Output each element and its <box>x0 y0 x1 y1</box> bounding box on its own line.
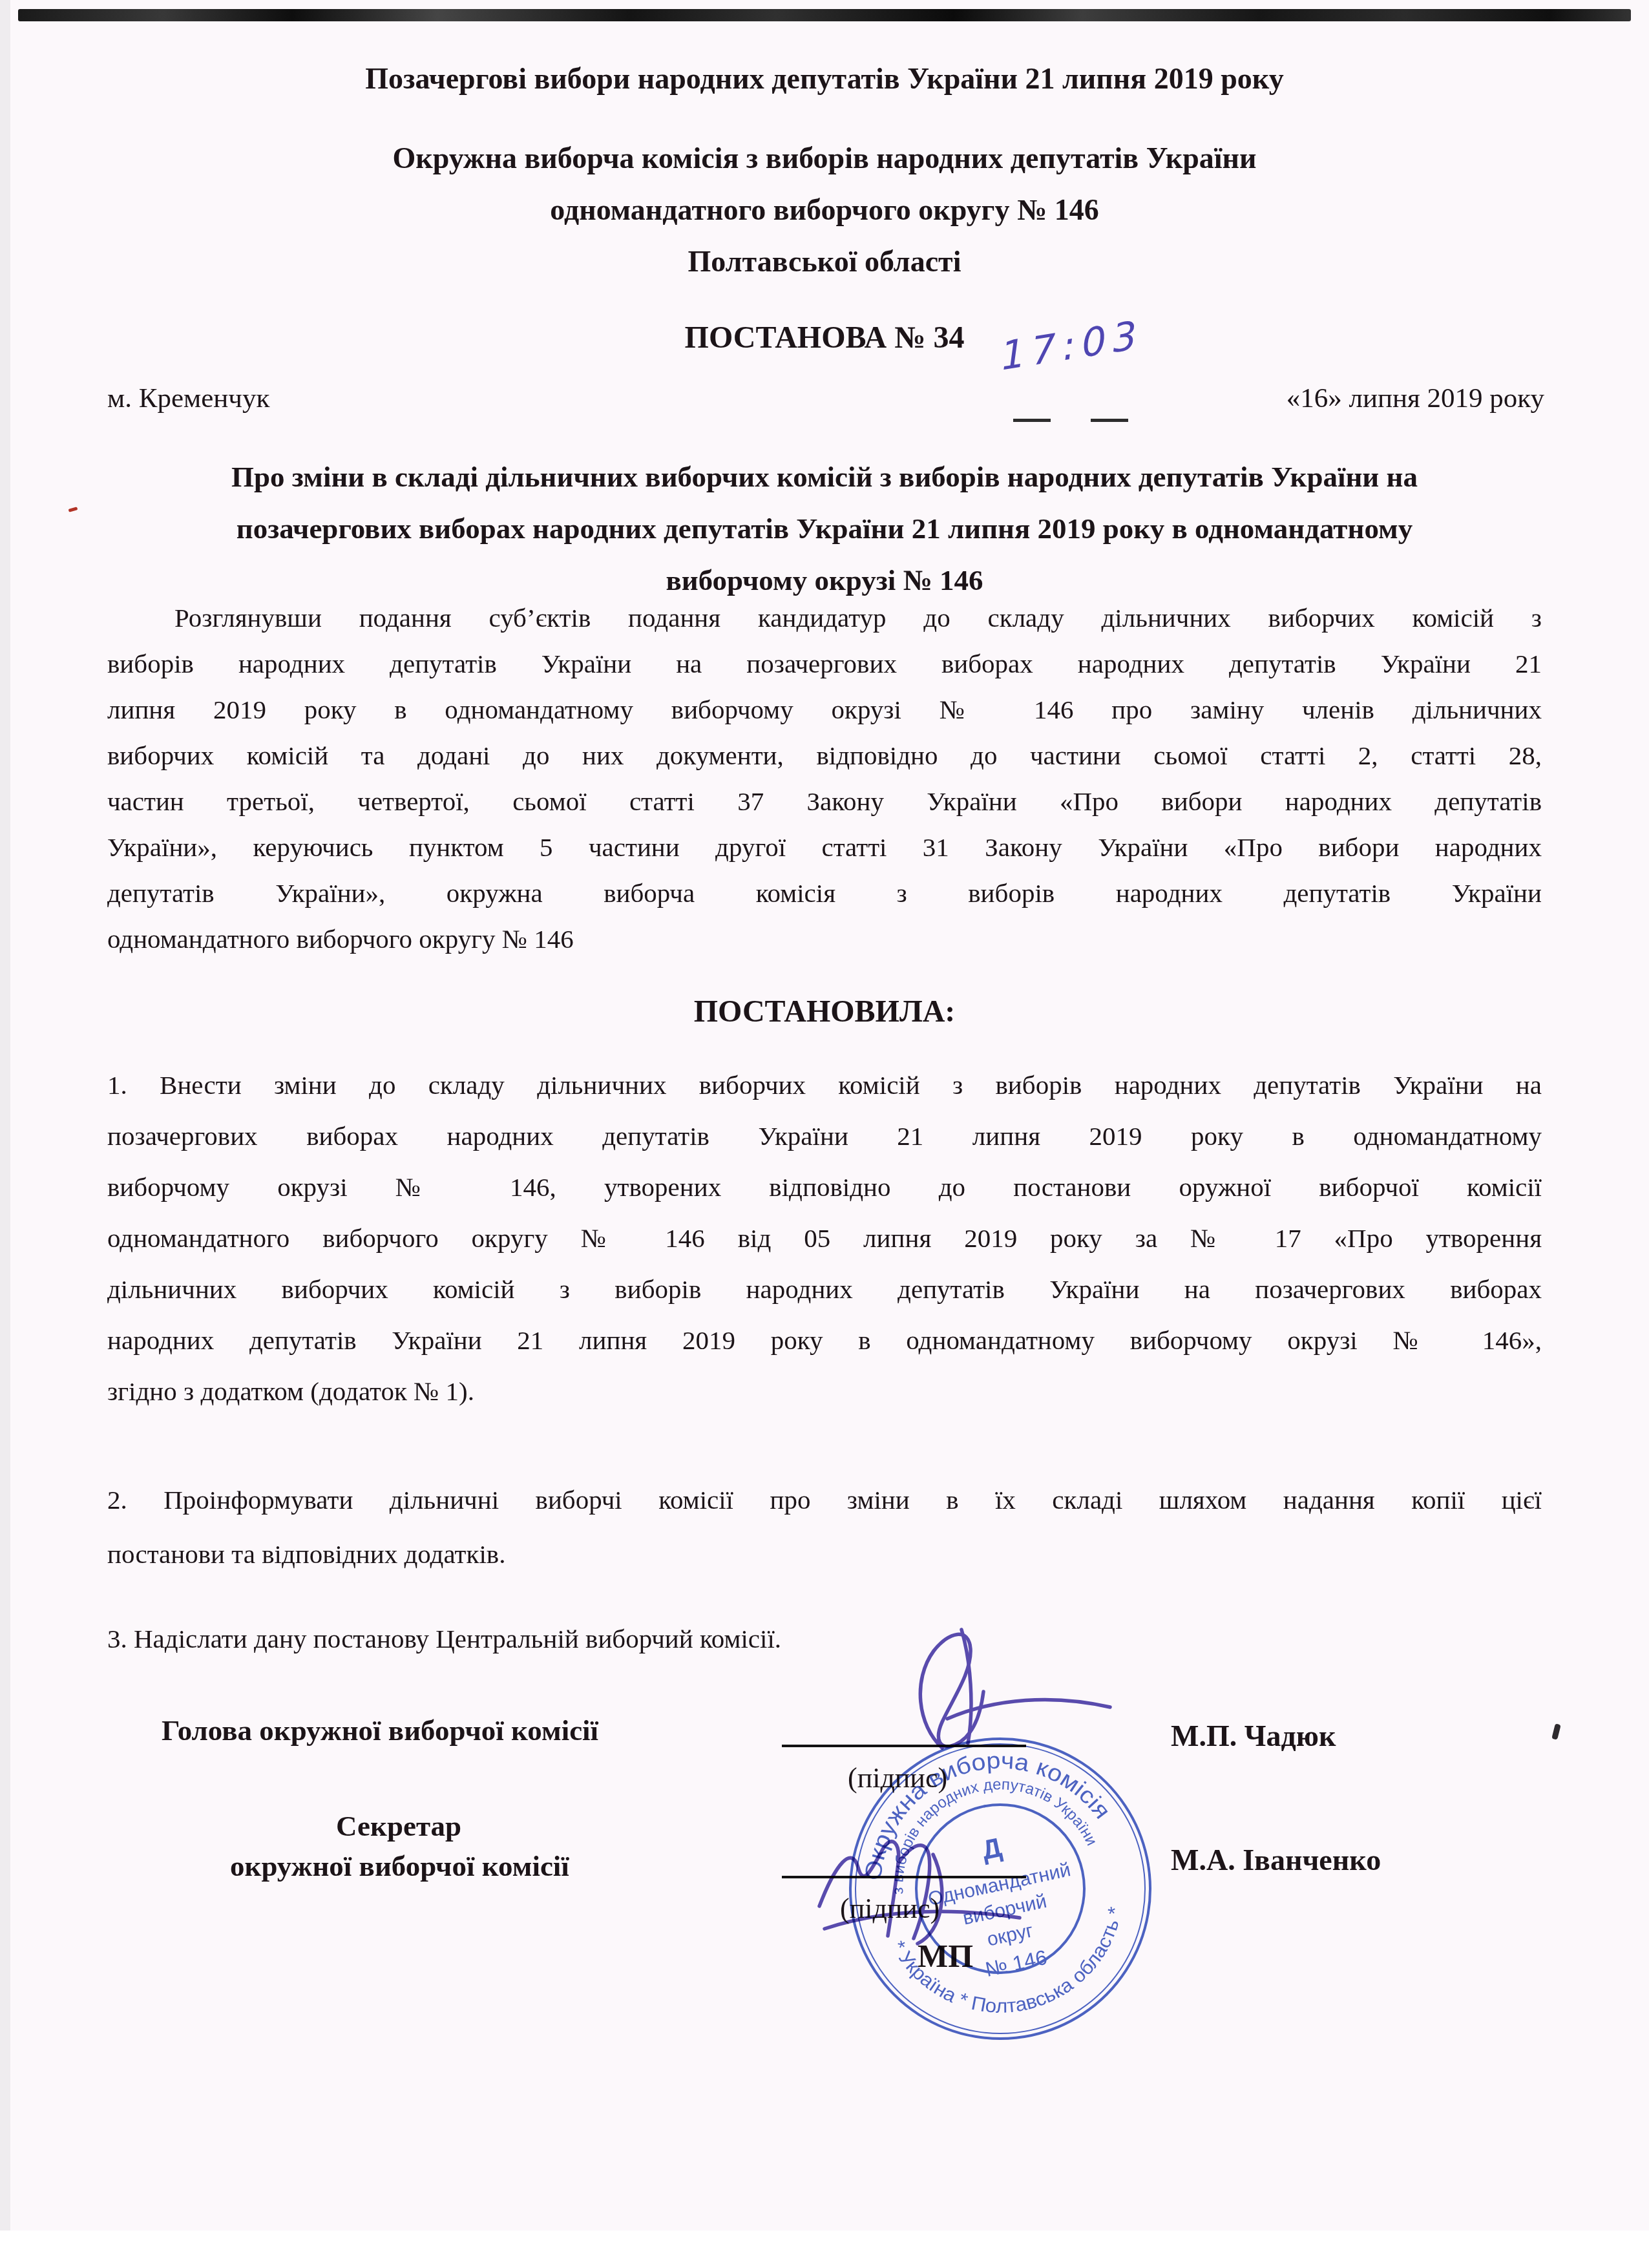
scan-bottom-strip <box>0 2231 1649 2268</box>
preamble-line-2: виборів народних депутатів України на по… <box>107 648 1542 679</box>
secretary-role-line2: окружної виборчої комісії <box>230 1849 569 1883</box>
preamble-line-1: Розглянувши подання суб’єктів подання ка… <box>107 602 1542 633</box>
item2-line-2: постанови та відповідних додатків. <box>107 1538 1542 1570</box>
preamble-line-4: виборчих комісій та додані до них докуме… <box>107 740 1542 771</box>
chair-role-label: Голова окружної виборчої комісії <box>162 1714 598 1747</box>
dateline-city: м. Кременчук <box>107 383 269 414</box>
item1-line-2: позачергових виборах народних депутатів … <box>107 1120 1542 1151</box>
item1-line-1: 1. Внести зміни до складу дільничних виб… <box>107 1069 1542 1100</box>
stamp-center-letter: Д <box>979 1832 1004 1865</box>
item1-line-3: виборчому окрузі № 146, утворених відпов… <box>107 1171 1542 1202</box>
header-commission-line2: одномандатного виборчого округу № 146 <box>107 193 1542 227</box>
preamble-line-3: липня 2019 року в одномандатному виборчо… <box>107 694 1542 725</box>
subject-line-3: виборчому окрузі № 146 <box>83 563 1566 597</box>
preamble-line-7: депутатів України», окружна виборча комі… <box>107 877 1542 908</box>
stamp-center-line3: округ <box>985 1920 1035 1950</box>
item1-line-5: дільничних виборчих комісій з виборів на… <box>107 1274 1542 1305</box>
time-underscore-left <box>1013 419 1051 422</box>
item3-line: 3. Надіслати дану постанову Центральній … <box>107 1623 1542 1654</box>
secretary-role-line1: Секретар <box>336 1809 461 1843</box>
item2-line-1: 2. Проінформувати дільничні виборчі комі… <box>107 1484 1542 1515</box>
subject-line-2: позачергових виборах народних депутатів … <box>83 512 1566 545</box>
scan-left-edge <box>0 0 10 2268</box>
scan-speck-red <box>68 507 78 512</box>
scan-speck-dark <box>1551 1723 1561 1739</box>
time-underscore-right <box>1091 419 1128 422</box>
dateline-date: «16» липня 2019 року <box>1215 383 1544 414</box>
header-commission-line1: Окружна виборча комісія з виборів народн… <box>107 141 1542 175</box>
scan-artifact-top-band <box>18 9 1631 21</box>
official-round-stamp: Окружна виборча комісія з виборів народн… <box>812 1701 1188 2076</box>
preamble-line-5: частин третьої, четвертої, сьомої статті… <box>107 786 1542 817</box>
resolved-heading: ПОСТАНОВИЛА: <box>107 994 1542 1029</box>
decree-title: ПОСТАНОВА № 34 <box>107 320 1542 355</box>
item1-line-4: одномандатного виборчого округу № 146 ві… <box>107 1223 1542 1254</box>
header-region: Полтавської області <box>107 244 1542 278</box>
subject-line-1: Про зміни в складі дільничних виборчих к… <box>83 460 1566 494</box>
preamble-line-8: одномандатного виборчого округу № 146 <box>107 923 1542 954</box>
scanned-document-page: Позачергові вибори народних депутатів Ук… <box>0 0 1649 2268</box>
item1-line-6: народних депутатів України 21 липня 2019… <box>107 1325 1542 1356</box>
stamp-center-line4: № 146 <box>983 1946 1049 1981</box>
preamble-line-6: України», керуючись пунктом 5 частини др… <box>107 832 1542 863</box>
secretary-name: М.А. Іванченко <box>1171 1843 1381 1877</box>
chair-name: М.П. Чадюк <box>1171 1719 1336 1753</box>
item1-line-7: згідно з додатком (додаток № 1). <box>107 1376 1542 1407</box>
header-election-title: Позачергові вибори народних депутатів Ук… <box>107 61 1542 96</box>
